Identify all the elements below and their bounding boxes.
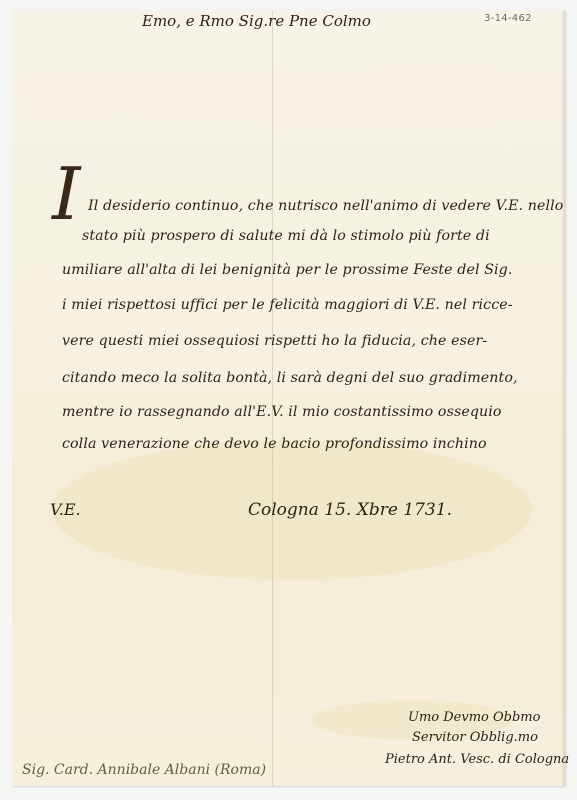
closing: V.E.	[50, 500, 81, 519]
body-line: colla venerazione che devo le bacio prof…	[62, 436, 487, 452]
body-line: stato più prospero di salute mi dà lo st…	[82, 228, 490, 244]
body-line: umiliare all'alta di lei benignità per l…	[62, 262, 512, 278]
addressee: Sig. Card. Annibale Albani (Roma)	[22, 762, 266, 778]
salutation: Emo, e Rmo Sig.re Pne Colmo	[142, 12, 371, 30]
body-line: vere questi miei ossequiosi rispetti ho …	[62, 333, 487, 349]
archive-number: 3-14-462	[484, 13, 532, 24]
signature-line: Pietro Ant. Vesc. di Cologna	[385, 752, 569, 767]
decorative-initial: I	[52, 158, 80, 230]
body-line: citando meco la solita bontà, li sarà de…	[62, 370, 518, 386]
body-line: mentre io rassegnando all'E.V. il mio co…	[62, 404, 502, 420]
paper-fold	[272, 10, 273, 786]
body-line: i miei rispettosi uffici per le felicità…	[62, 297, 513, 313]
body-line: Il desiderio continuo, che nutrisco nell…	[88, 198, 563, 214]
signature-line: Umo Devmo Obbmo	[408, 710, 540, 725]
date-line: Cologna 15. Xbre 1731.	[248, 500, 452, 520]
signature-line: Servitor Obblig.mo	[412, 730, 538, 745]
letter-paper	[12, 10, 565, 786]
